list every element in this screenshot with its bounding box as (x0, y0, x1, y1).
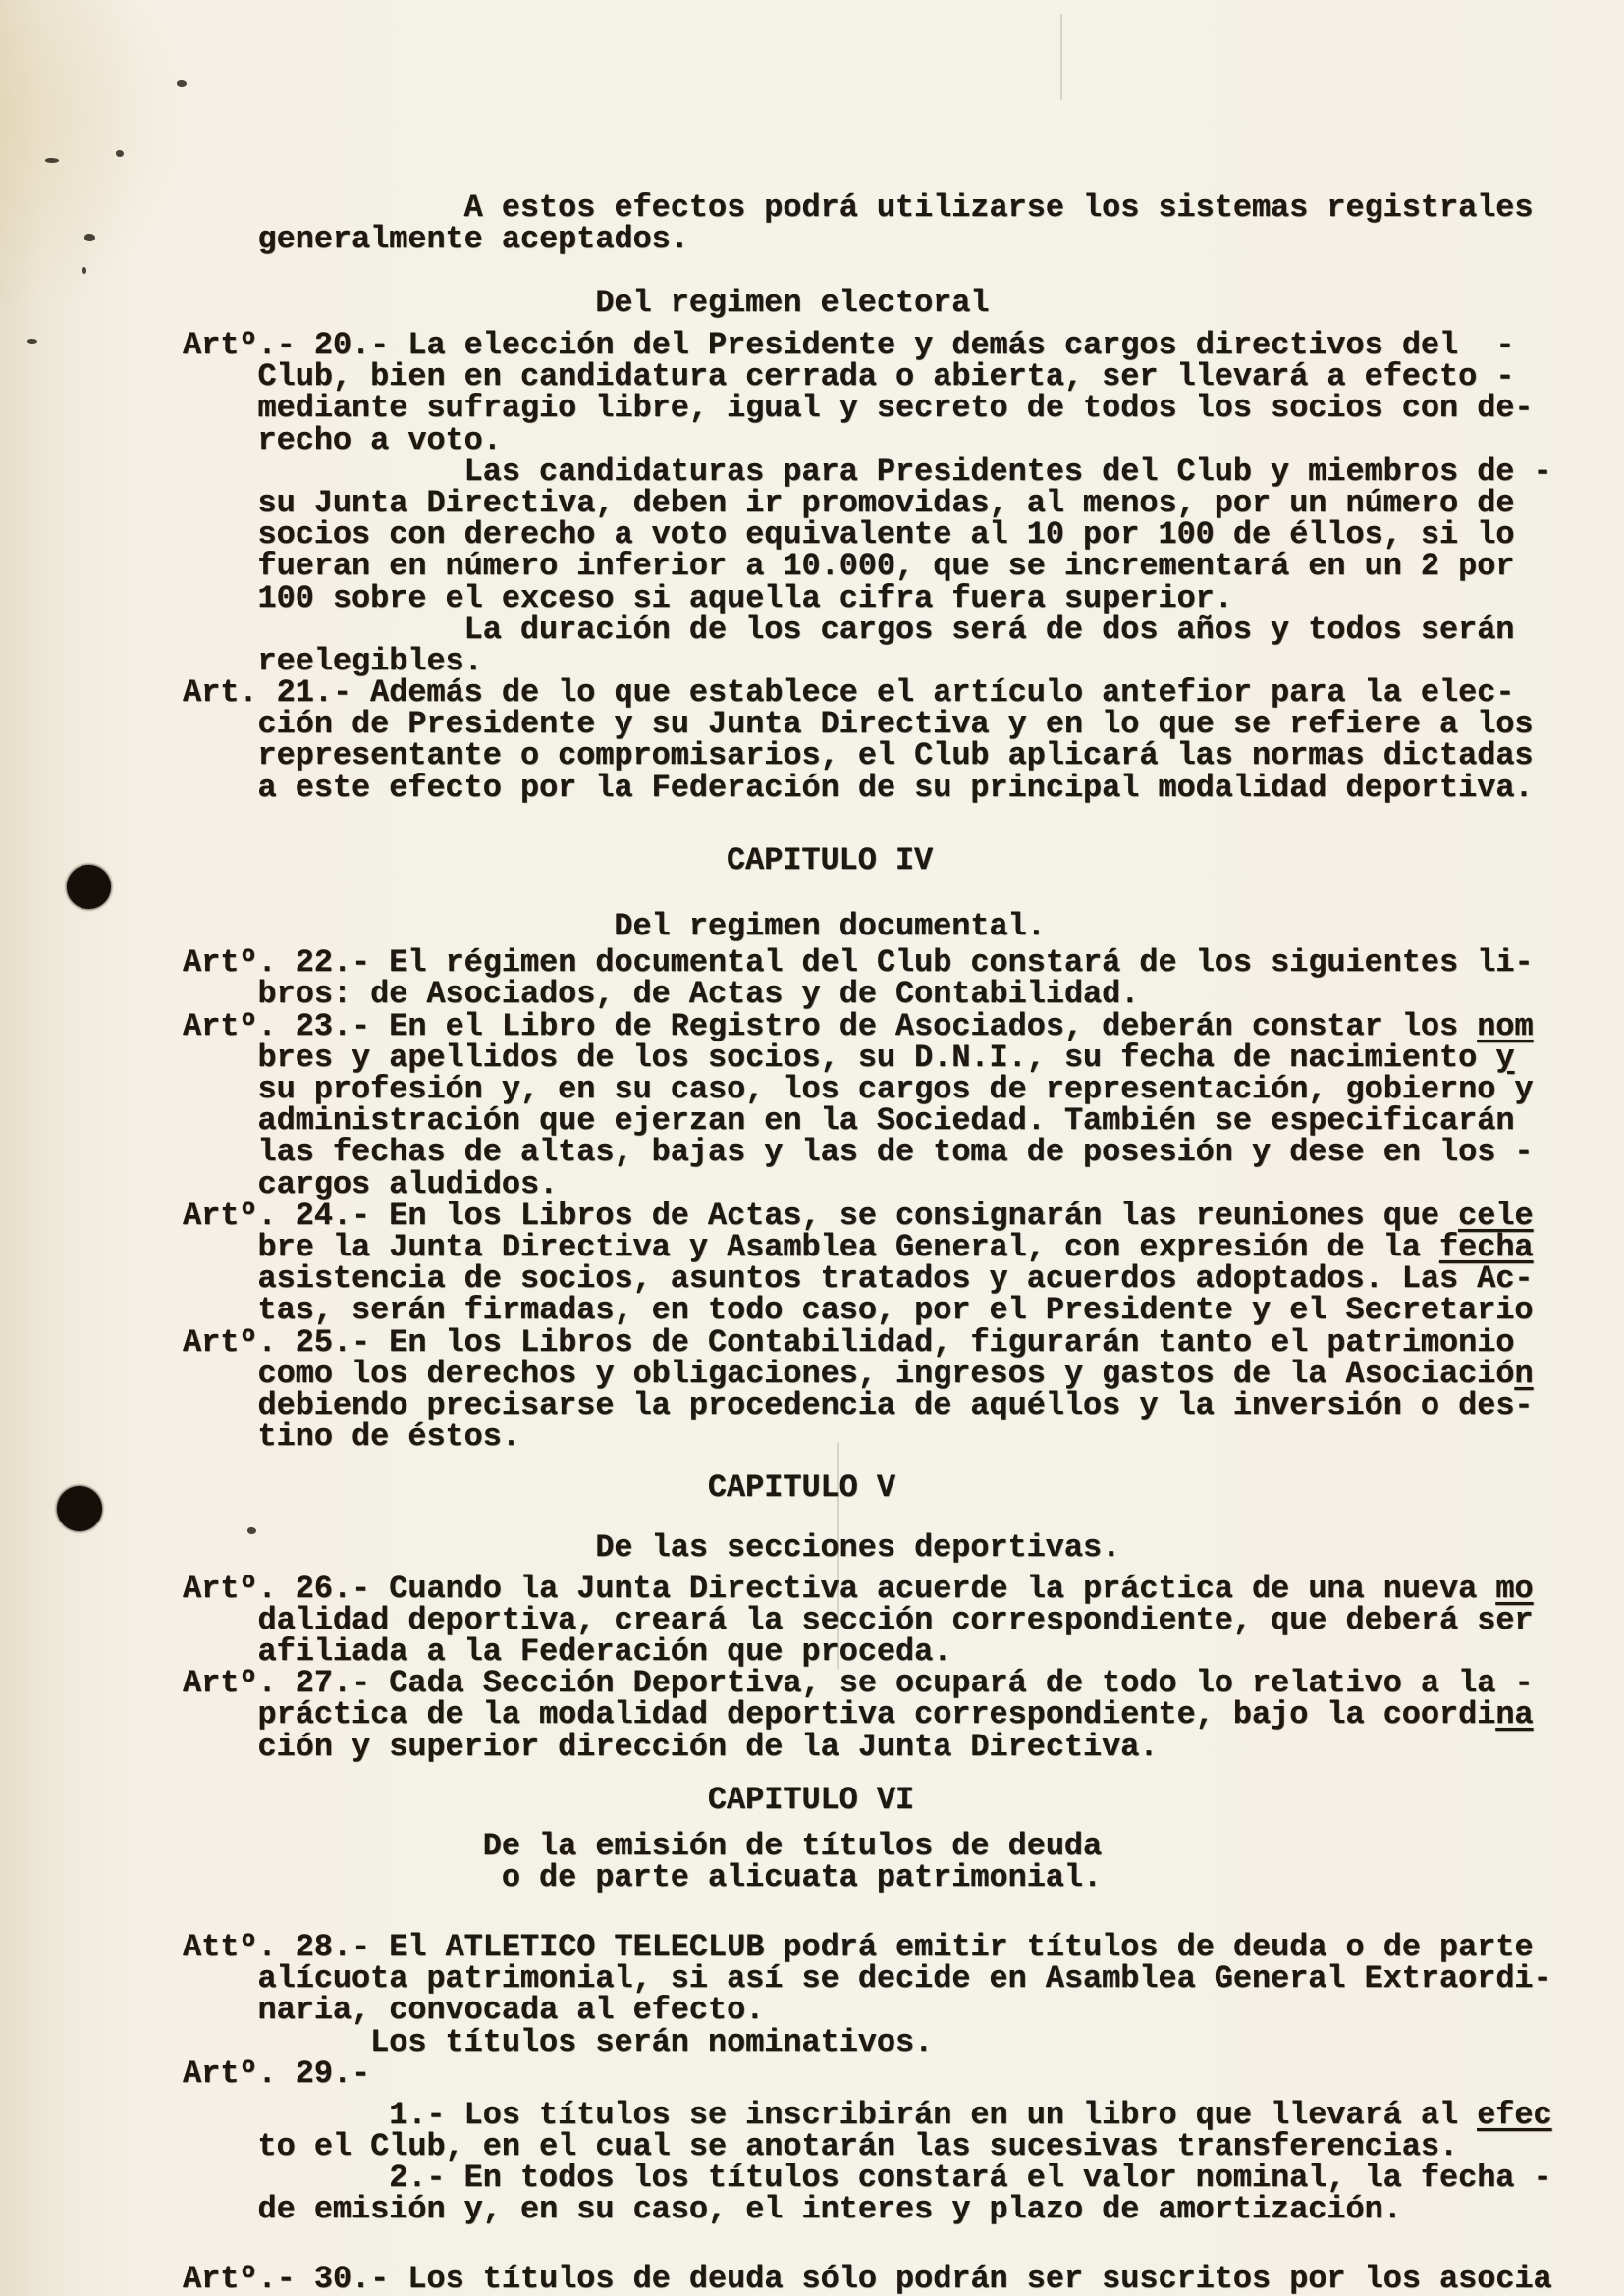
paper-crease (1060, 14, 1062, 100)
hole-punch-mark (67, 865, 111, 909)
section-heading: Del regimen electoral (183, 288, 1624, 319)
section-heading: CAPITULO V (183, 1472, 1624, 1504)
text-line: como los derechos y obligaciones, ingres… (183, 1359, 1624, 1390)
text-line: debiendo precisarse la procedencia de aq… (183, 1390, 1624, 1421)
text-line: Artº. 26.- Cuando la Junta Directiva acu… (183, 1574, 1624, 1605)
text-line: su Junta Directiva, deben ir promovidas,… (183, 488, 1624, 519)
ink-speck (177, 80, 187, 87)
hyphenation-underscore: na (1495, 1696, 1533, 1733)
document-page: A estos efectos podrá utilizarse los sis… (0, 0, 1624, 2296)
text-line: alícuota patrimonial, si así se decide e… (183, 1963, 1624, 1995)
text-line: fueran en número inferior a 10.000, que … (183, 551, 1624, 582)
text-line: asistencia de socios, asuntos tratados y… (183, 1263, 1624, 1295)
text-line: Artº. 24.- En los Libros de Actas, se co… (183, 1201, 1624, 1232)
text-line: bros: de Asociados, de Actas y de Contab… (183, 979, 1624, 1010)
text-line: recho a voto. (183, 425, 1624, 456)
section-heading: o de parte alicuata patrimonial. (183, 1862, 1624, 1894)
text-line: Art. 21.- Además de lo que establece el … (183, 677, 1624, 709)
text-line: Artº.- 20.- La elección del Presidente y… (183, 330, 1624, 361)
text-line: 1.- Los títulos se inscribirán en un lib… (183, 2100, 1624, 2131)
section-heading: De la emisión de títulos de deuda (183, 1831, 1624, 1862)
text-line: generalmente aceptados. (183, 224, 1624, 255)
text-line: Club, bien en candidatura cerrada o abie… (183, 361, 1624, 393)
text-line: Artº. 29.- (183, 2058, 1624, 2090)
text-line: Artº. 22.- El régimen documental del Clu… (183, 947, 1624, 979)
text-line: afiliada a la Federación que proceda. (183, 1636, 1624, 1668)
text-line: ción y superior dirección de la Junta Di… (183, 1732, 1624, 1763)
paper-crease (837, 1443, 839, 1669)
text-line: Attº. 28.- El ATLETICO TELECLUB podrá em… (183, 1932, 1624, 1963)
text-line: a este efecto por la Federación de su pr… (183, 773, 1624, 804)
section-heading: CAPITULO IV (183, 845, 1624, 877)
ink-speck (116, 150, 124, 157)
text-line: representante o compromisarios, el Club … (183, 740, 1624, 772)
ink-speck (247, 1527, 256, 1534)
text-line: reelegibles. (183, 646, 1624, 677)
text-line: naria, convocada al efecto. (183, 1995, 1624, 2026)
text-line: cargos aludidos. (183, 1169, 1624, 1201)
text-line: Los títulos serán nominativos. (183, 2027, 1624, 2058)
text-line: administración que ejerzan en la Socieda… (183, 1105, 1624, 1137)
text-line: dalidad deportiva, creará la sección cor… (183, 1605, 1624, 1636)
text-line: Artº. 27.- Cada Sección Deportiva, se oc… (183, 1668, 1624, 1699)
text-line: to el Club, en el cual se anotarán las s… (183, 2131, 1624, 2163)
ink-speck (45, 158, 59, 163)
text-line: práctica de la modalidad deportiva corre… (183, 1699, 1624, 1731)
text-line: mediante sufragio libre, igual y secreto… (183, 393, 1624, 424)
hole-punch-mark (57, 1486, 102, 1531)
text-line: La duración de los cargos será de dos añ… (183, 614, 1624, 646)
text-line: las fechas de altas, bajas y las de toma… (183, 1137, 1624, 1168)
text-line: 100 sobre el exceso si aquella cifra fue… (183, 583, 1624, 614)
ink-speck (84, 234, 95, 241)
text-line: bre la Junta Directiva y Asamblea Genera… (183, 1232, 1624, 1263)
text-line: Artº. 25.- En los Libros de Contabilidad… (183, 1327, 1624, 1359)
text-line: su profesión y, en su caso, los cargos d… (183, 1074, 1624, 1105)
text-line: 2.- En todos los títulos constará el val… (183, 2163, 1624, 2194)
ink-speck (27, 339, 37, 344)
text-line: ción de Presidente y su Junta Directiva … (183, 709, 1624, 740)
text-line: de emisión y, en su caso, el interes y p… (183, 2194, 1624, 2225)
text-line: tino de éstos. (183, 1421, 1624, 1453)
text-line: Las candidaturas para Presidentes del Cl… (183, 456, 1624, 488)
section-heading: Del regimen documental. (183, 911, 1624, 942)
text-line: bres y apellidos de los socios, su D.N.I… (183, 1042, 1624, 1074)
text-block: A estos efectos podrá utilizarse los sis… (183, 192, 1624, 2295)
section-heading: De las secciones deportivas. (183, 1532, 1624, 1564)
text-line: Artº. 23.- En el Libro de Registro de As… (183, 1011, 1624, 1042)
section-heading: CAPITULO VI (183, 1785, 1624, 1816)
text-line: socios con derecho a voto equivalente al… (183, 519, 1624, 551)
text-line: Artº.- 30.- Los títulos de deuda sólo po… (183, 2264, 1624, 2295)
text-line: tas, serán firmadas, en todo caso, por e… (183, 1295, 1624, 1326)
hyphenation-underscore: efec (1477, 2097, 1551, 2133)
ink-speck (82, 267, 86, 274)
text-line: A estos efectos podrá utilizarse los sis… (183, 192, 1624, 224)
